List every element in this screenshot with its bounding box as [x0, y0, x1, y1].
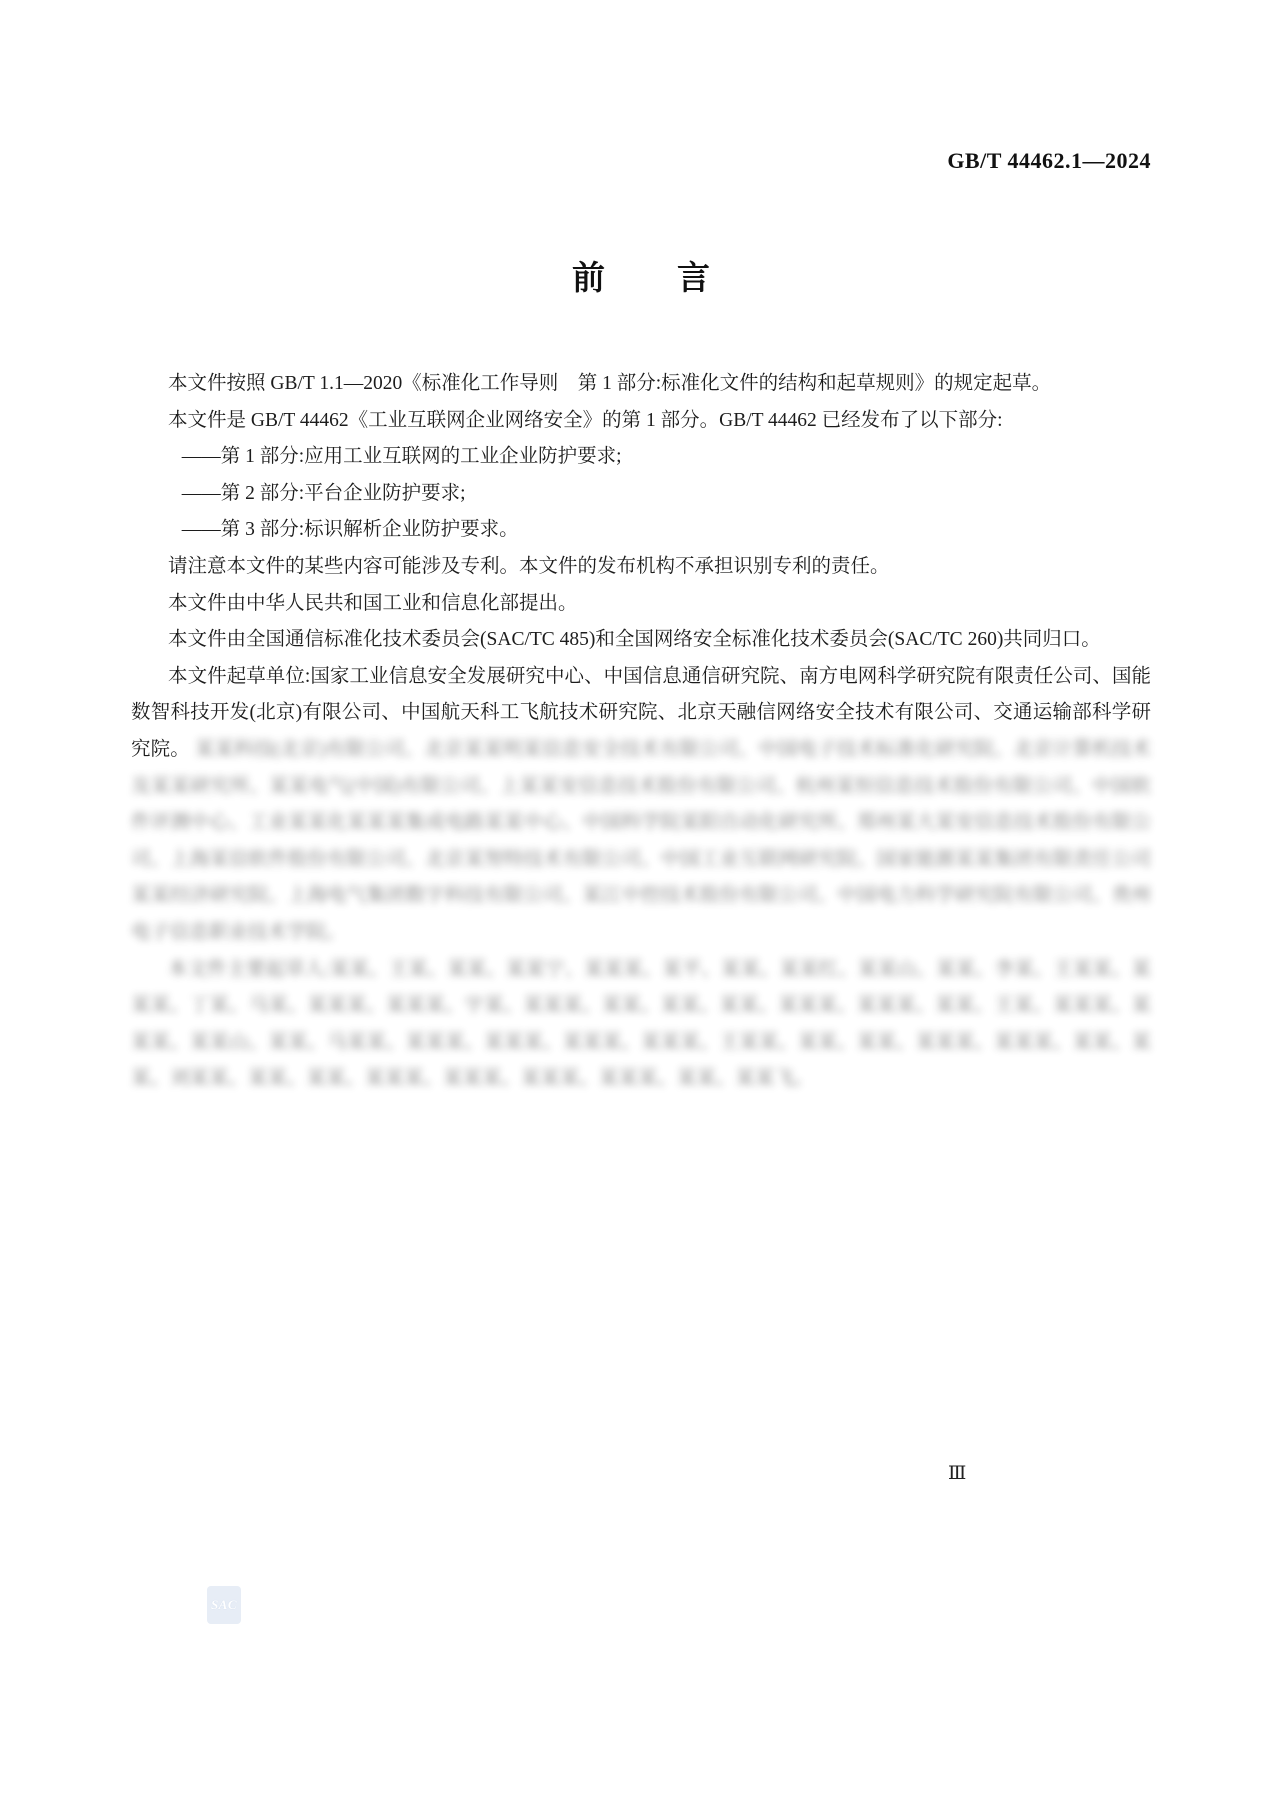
series-part-1: ——第 1 部分:应用工业互联网的工业企业防护要求; — [131, 439, 1151, 476]
series-part-2: ——第 2 部分:平台企业防护要求; — [131, 476, 1151, 513]
paragraph-proposed-by: 本文件由中华人民共和国工业和信息化部提出。 — [131, 586, 1151, 623]
sac-watermark-logo: SAC — [207, 1586, 241, 1624]
series-part-3: ——第 3 部分:标识解析企业防护要求。 — [131, 512, 1151, 549]
drafting-organizations-blurred-text: 某某科技(北京)有限公司、北京某某明某信息安全技术有限公司、中国电子技术标准化研… — [131, 739, 1151, 943]
standard-code: GB/T 44462.1—2024 — [131, 148, 1151, 174]
page-title: 前 言 — [131, 252, 1151, 299]
paragraph-drafters-blurred-text: 本文件主要起草人:某某、王某、某某、某某宁、某某某、某平、某某、某某红、某某山、… — [131, 952, 1151, 1098]
page-number: Ⅲ — [948, 1462, 966, 1485]
foreword-body: 本文件按照 GB/T 1.1—2020《标准化工作导则 第 1 部分:标准化文件… — [131, 366, 1151, 1098]
paragraph-committees: 本文件由全国通信标准化技术委员会(SAC/TC 485)和全国网络安全标准化技术… — [131, 622, 1151, 659]
paragraph-drafting-organizations: 本文件起草单位:国家工业信息安全发展研究中心、中国信息通信研究院、南方电网科学研… — [131, 659, 1151, 952]
paragraph-drafting-rules: 本文件按照 GB/T 1.1—2020《标准化工作导则 第 1 部分:标准化文件… — [131, 366, 1151, 403]
title-char-second: 言 — [677, 252, 710, 299]
paragraph-patent-notice: 请注意本文件的某些内容可能涉及专利。本文件的发布机构不承担识别专利的责任。 — [131, 549, 1151, 586]
paragraph-series-intro: 本文件是 GB/T 44462《工业互联网企业网络安全》的第 1 部分。GB/T… — [131, 403, 1151, 440]
document-page: GB/T 44462.1—2024 前 言 本文件按照 GB/T 1.1—202… — [0, 0, 1280, 1814]
title-char-first: 前 — [572, 252, 605, 299]
